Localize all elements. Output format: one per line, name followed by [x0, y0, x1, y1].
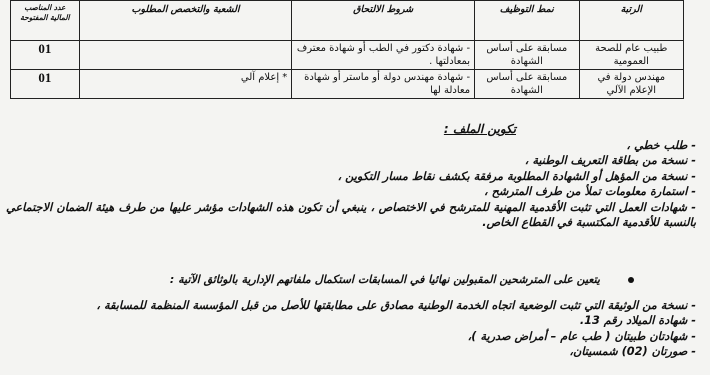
table-row: مهندس دولة في الإعلام الآلي مسابقة على أ… — [11, 70, 684, 99]
cell-conditions: - شهادة دكتور في الطب أو شهادة معترف بمع… — [292, 41, 475, 70]
list-item: - صورتان (02) شمسيتان، — [6, 344, 696, 360]
list-item: - شهادة الميلاد رقم 13. — [6, 313, 696, 329]
header-specialty: الشعبة والتخصص المطلوب — [79, 1, 292, 41]
header-conditions: شروط الالتحاق — [292, 1, 475, 41]
header-rank: الرتبة — [579, 1, 683, 41]
file-composition-section: تكوين الملف : - طلب خطي ، - نسخة من بطاق… — [6, 122, 696, 231]
list-item: - نسخة من بطاقة التعريف الوطنية ، — [6, 153, 696, 169]
list-item: - طلب خطي ، — [6, 138, 696, 154]
cell-mode: مسابقة على أساس الشهادة — [475, 41, 579, 70]
positions-table: الرتبة نمط التوظيف شروط الالتحاق الشعبة … — [10, 0, 684, 99]
final-candidates-intro: يتعين على المترشحين المقبولين نهائيا في … — [6, 272, 696, 288]
cell-mode: مسابقة على أساس الشهادة — [475, 70, 579, 99]
list-item: - شهادتان طبيتان ( طب عام – أمراض صدرية … — [6, 329, 696, 345]
cell-count: 01 — [11, 41, 80, 70]
intro-text: يتعين على المترشحين المقبولين نهائيا في … — [170, 273, 600, 286]
file-composition-heading: تكوين الملف : — [6, 122, 696, 138]
table-row: طبيب عام للصحة العمومية مسابقة على أساس … — [11, 41, 684, 70]
list-item: - نسخة من المؤهل أو الشهادة المطلوبة مرف… — [6, 169, 696, 185]
cell-rank: طبيب عام للصحة العمومية — [579, 41, 683, 70]
table-header-row: الرتبة نمط التوظيف شروط الالتحاق الشعبة … — [11, 1, 684, 41]
cell-count: 01 — [11, 70, 80, 99]
list-item: - استمارة معلومات تملأ من طرف المترشح ، — [6, 184, 696, 200]
bullet-icon — [628, 277, 634, 283]
header-positions-count: عدد المناصب المالية المفتوحة — [11, 1, 80, 41]
cell-specialty: * إعلام آلي — [79, 70, 292, 99]
final-candidates-section: يتعين على المترشحين المقبولين نهائيا في … — [6, 272, 696, 360]
cell-rank: مهندس دولة في الإعلام الآلي — [579, 70, 683, 99]
cell-specialty — [79, 41, 292, 70]
list-item: - نسخة من الوثيقة التي تثبت الوضعية اتجا… — [6, 298, 696, 314]
document-page: الرتبة نمط التوظيف شروط الالتحاق الشعبة … — [0, 0, 710, 375]
list-item: - شهادات العمل التي تثبت الأقدمية المهني… — [6, 200, 696, 231]
cell-conditions: - شهادة مهندس دولة أو ماستر أو شهادة معا… — [292, 70, 475, 99]
header-recruitment-mode: نمط التوظيف — [475, 1, 579, 41]
